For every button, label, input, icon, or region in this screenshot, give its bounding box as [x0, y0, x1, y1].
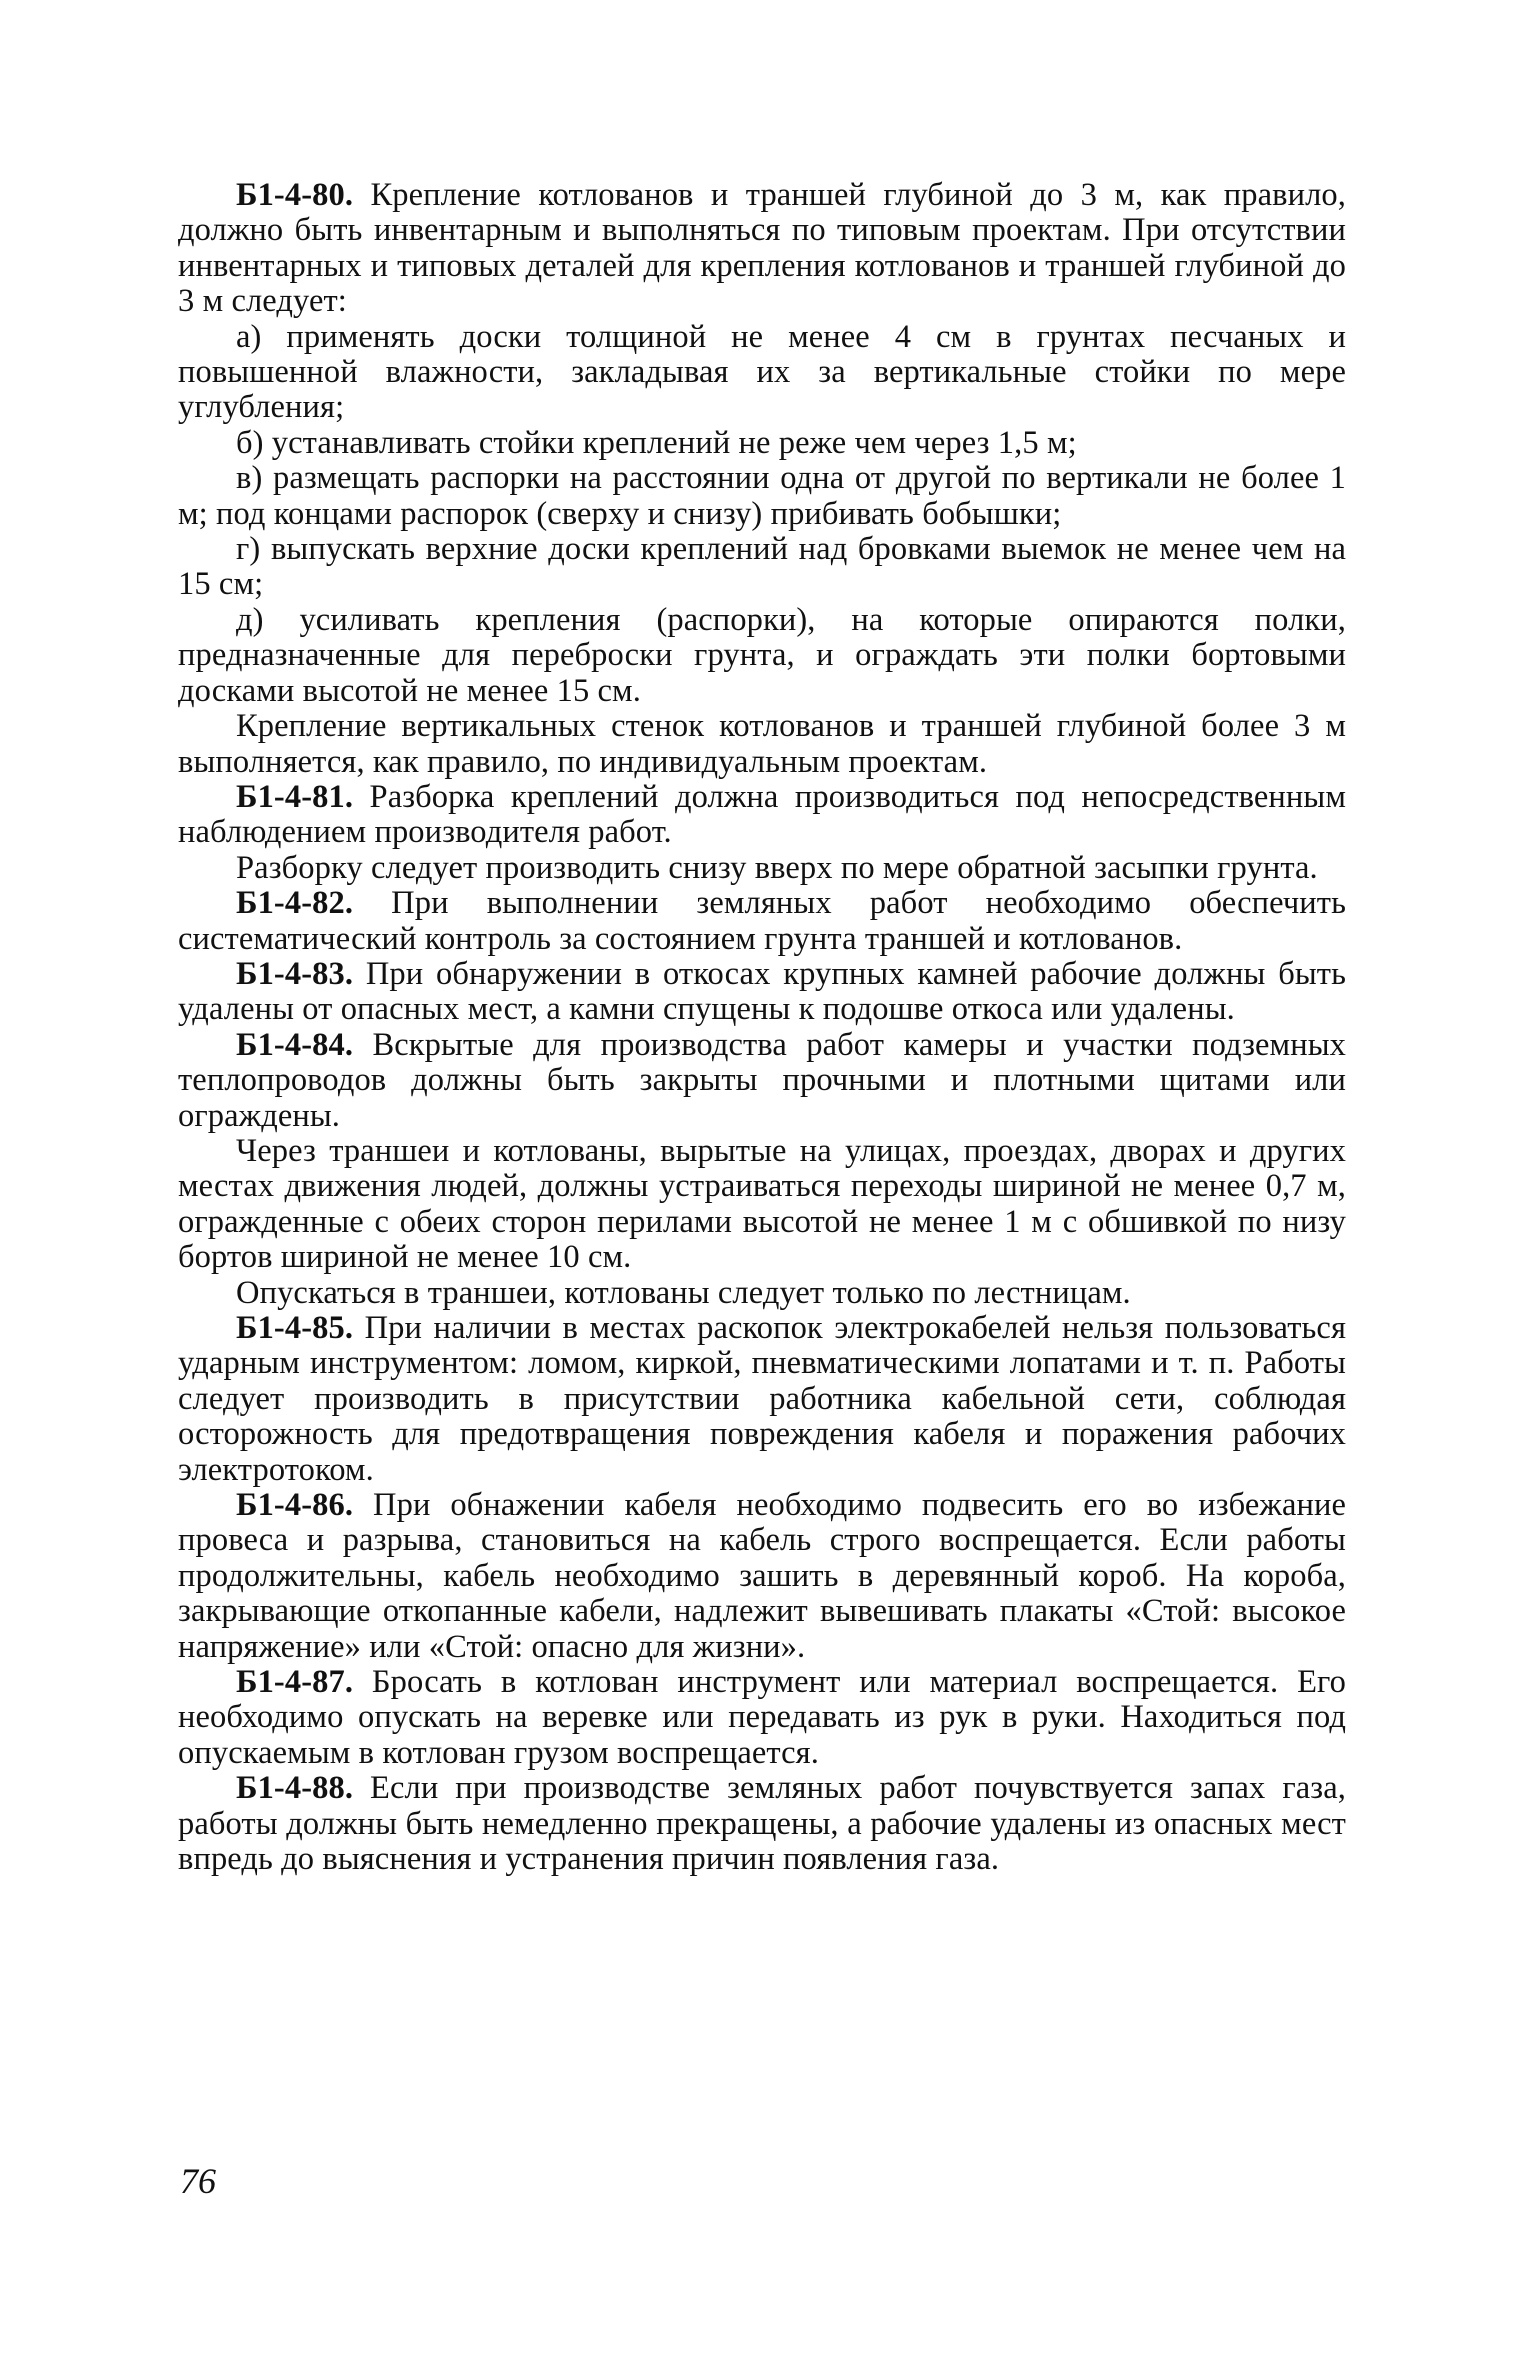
paragraph-b1-4-88: Б1-4-88. Если при производстве земляных … [178, 1771, 1346, 1877]
paragraph-text: а) применять доски толщиной не менее 4 с… [178, 319, 1346, 426]
paragraph-b1-4-80: Б1-4-80. Крепление котлованов и траншей … [178, 178, 1346, 320]
paragraph-text: Крепление котлованов и траншей глубиной … [178, 177, 1346, 319]
paragraph-text: Разборку следует производить снизу вверх… [236, 850, 1318, 886]
paragraph-text: Через траншеи и котлованы, вырытые на ул… [178, 1133, 1346, 1275]
clause-code: Б1-4-84. [236, 1027, 353, 1063]
clause-code: Б1-4-83. [236, 956, 353, 992]
paragraph-b1-4-87: Б1-4-87. Бросать в котлован инструмент и… [178, 1665, 1346, 1771]
paragraph-text: Бросать в котлован инструмент или матери… [178, 1664, 1346, 1771]
clause-code: Б1-4-80. [236, 177, 353, 213]
paragraph-crossings: Через траншеи и котлованы, вырытые на ул… [178, 1134, 1346, 1276]
paragraph-text: г) выпускать верхние доски креплений над… [178, 531, 1346, 602]
paragraph-b1-4-84: Б1-4-84. Вскрытые для производства работ… [178, 1028, 1346, 1134]
document-body: Б1-4-80. Крепление котлованов и траншей … [178, 178, 1346, 1878]
clause-code: Б1-4-85. [236, 1310, 353, 1346]
paragraph-text: При выполнении земляных работ необходимо… [178, 885, 1346, 956]
paragraph-text: Опускаться в траншеи, котлованы следует … [236, 1275, 1131, 1311]
paragraph-b1-4-83: Б1-4-83. При обнаружении в откосах крупн… [178, 957, 1346, 1028]
paragraph-text: Вскрытые для производства работ камеры и… [178, 1027, 1346, 1134]
paragraph-vertical-walls: Крепление вертикальных стенок котлованов… [178, 709, 1346, 780]
paragraph-text: б) устанавливать стойки креплений не реж… [236, 425, 1077, 461]
clause-code: Б1-4-86. [236, 1487, 353, 1523]
list-item-g: г) выпускать верхние доски креплений над… [178, 532, 1346, 603]
paragraph-text: д) усиливать крепления (распорки), на ко… [178, 602, 1346, 709]
list-item-b: б) устанавливать стойки креплений не реж… [178, 426, 1346, 461]
paragraph-b1-4-81: Б1-4-81. Разборка креплений должна произ… [178, 780, 1346, 851]
paragraph-text: в) размещать распорки на расстоянии одна… [178, 460, 1346, 531]
paragraph-text: Если при производстве земляных работ поч… [178, 1770, 1346, 1877]
paragraph-text: При наличии в местах раскопок электрокаб… [178, 1310, 1346, 1488]
paragraph-ladders: Опускаться в траншеи, котлованы следует … [178, 1276, 1346, 1311]
paragraph-text: Крепление вертикальных стенок котлованов… [178, 708, 1346, 779]
paragraph-b1-4-82: Б1-4-82. При выполнении земляных работ н… [178, 886, 1346, 957]
list-item-d: д) усиливать крепления (распорки), на ко… [178, 603, 1346, 709]
clause-code: Б1-4-87. [236, 1664, 353, 1700]
paragraph-text: Разборка креплений должна производиться … [178, 779, 1346, 850]
list-item-a: а) применять доски толщиной не менее 4 с… [178, 320, 1346, 426]
page-number: 76 [180, 2160, 216, 2202]
paragraph-dismantling: Разборку следует производить снизу вверх… [178, 851, 1346, 886]
paragraph-text: При обнаружении в откосах крупных камней… [178, 956, 1346, 1027]
paragraph-text: При обнажении кабеля необходимо подвесит… [178, 1487, 1346, 1665]
paragraph-b1-4-85: Б1-4-85. При наличии в местах раскопок э… [178, 1311, 1346, 1488]
clause-code: Б1-4-88. [236, 1770, 353, 1806]
list-item-v: в) размещать распорки на расстоянии одна… [178, 461, 1346, 532]
clause-code: Б1-4-82. [236, 885, 353, 921]
clause-code: Б1-4-81. [236, 779, 353, 815]
paragraph-b1-4-86: Б1-4-86. При обнажении кабеля необходимо… [178, 1488, 1346, 1665]
